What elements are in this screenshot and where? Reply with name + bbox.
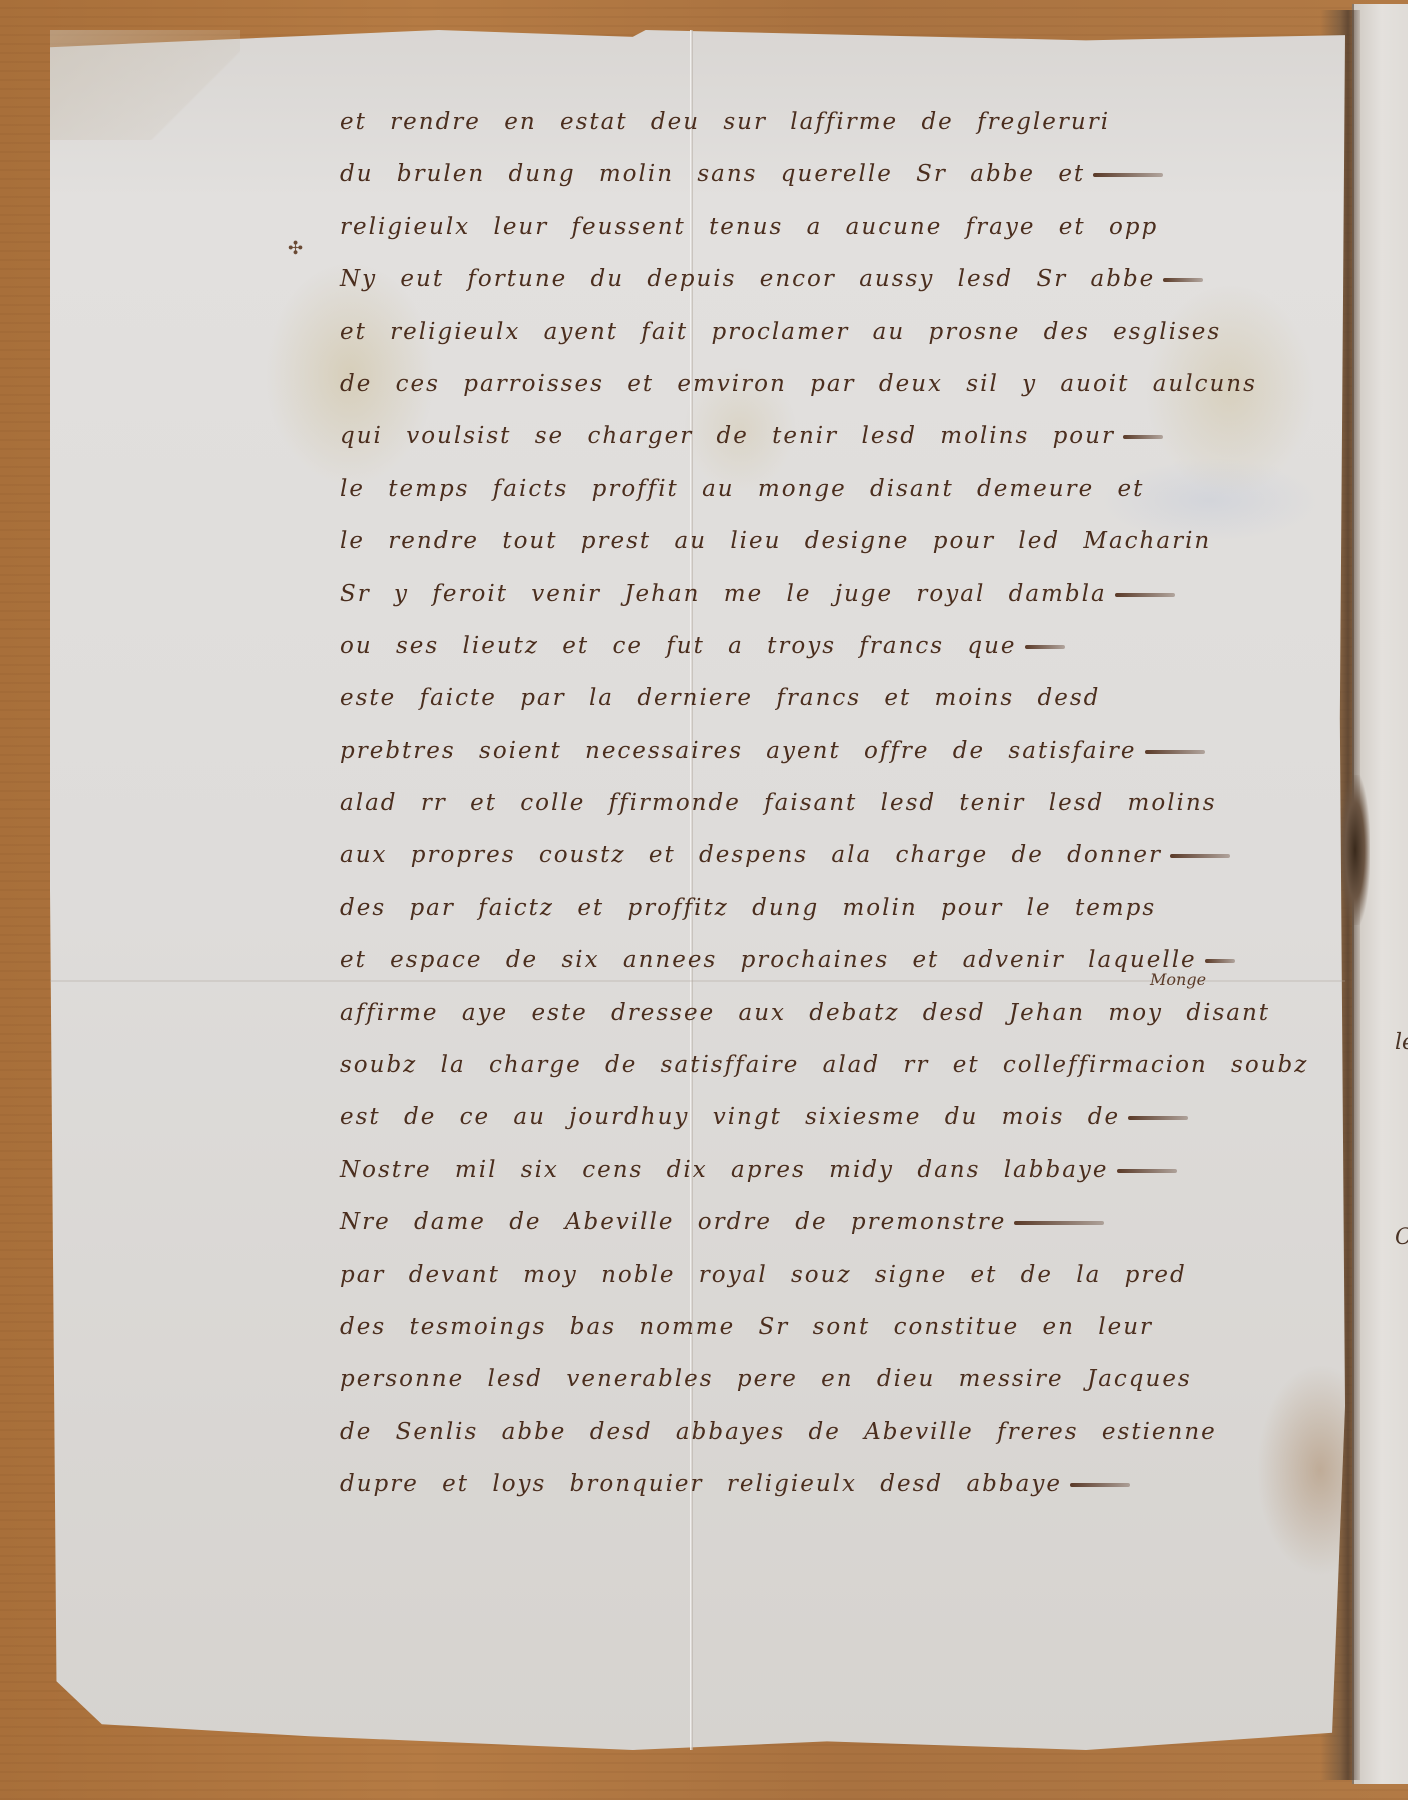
manuscript-line-text: des tesmoings bas nomme Sr sont constitu… <box>340 1314 1153 1340</box>
line-filler-stroke <box>1115 593 1175 597</box>
manuscript-line: et rendre en estat deu sur laffirme de f… <box>340 96 1340 148</box>
manuscript-line-text: et religieulx ayent fait proclamer au pr… <box>340 319 1221 345</box>
manuscript-line-text: est de ce au jourdhuy vingt sixiesme du … <box>340 1104 1120 1130</box>
manuscript-line: Nre dame de Abeville ordre de premonstre <box>340 1196 1340 1248</box>
manuscript-line-text: alad rr et colle ffirmonde faisant lesd … <box>340 790 1217 816</box>
line-filler-stroke <box>1170 854 1230 858</box>
manuscript-line: et espace de six annees prochaines et ad… <box>340 934 1340 986</box>
manuscript-line-text: le temps faicts proffit au monge disant … <box>340 476 1144 502</box>
manuscript-line: qui voulsist se charger de tenir lesd mo… <box>340 410 1340 462</box>
line-filler-stroke <box>1163 278 1203 282</box>
manuscript-line-text: le rendre tout prest au lieu designe pou… <box>340 528 1211 554</box>
manuscript-line-text: este faicte par la derniere francs et mo… <box>340 685 1100 711</box>
manuscript-line: le temps faicts proffit au monge disant … <box>340 463 1340 515</box>
binding-tear <box>1340 775 1370 925</box>
manuscript-line-text: affirme aye este dressee aux debatz desd… <box>340 1000 1270 1026</box>
line-filler-stroke <box>1070 1483 1130 1487</box>
folded-corner <box>50 30 240 140</box>
manuscript-line: le rendre tout prest au lieu designe pou… <box>340 515 1340 567</box>
manuscript-line: aux propres coustz et despens ala charge… <box>340 829 1340 881</box>
manuscript-line-text: qui voulsist se charger de tenir lesd mo… <box>340 423 1115 449</box>
manuscript-line-text: des par faictz et proffitz dung molin po… <box>340 895 1156 921</box>
margin-cross-mark-icon: ✣ <box>288 238 303 259</box>
manuscript-line-text: de ces parroisses et emviron par deux si… <box>340 371 1257 397</box>
manuscript-line: des tesmoings bas nomme Sr sont constitu… <box>340 1301 1340 1353</box>
line-filler-stroke <box>1128 1116 1188 1120</box>
adjacent-leaf-fragment: C <box>1395 1225 1408 1250</box>
manuscript-line: Sr y feroit venir Jehan me le juge royal… <box>340 568 1340 620</box>
manuscript-line-text: Nostre mil six cens dix apres midy dans … <box>340 1157 1109 1183</box>
manuscript-line: des par faictz et proffitz dung molin po… <box>340 882 1340 934</box>
manuscript-line: Ny eut fortune du depuis encor aussy les… <box>340 253 1340 305</box>
manuscript-line: dupre et loys bronquier religieulx desd … <box>340 1458 1340 1510</box>
adjacent-leaf-fragment: le <box>1395 1030 1408 1055</box>
manuscript-line: prebtres soient necessaires ayent offre … <box>340 725 1340 777</box>
line-filler-stroke <box>1093 173 1163 177</box>
manuscript-line-text: Nre dame de Abeville ordre de premonstre <box>340 1209 1006 1235</box>
manuscript-line-text: ou ses lieutz et ce fut a troys francs q… <box>340 633 1017 659</box>
manuscript-line: alad rr et colle ffirmonde faisant lesd … <box>340 777 1340 829</box>
manuscript-line: par devant moy noble royal souz signe et… <box>340 1249 1340 1301</box>
manuscript-line-text: Sr y feroit venir Jehan me le juge royal… <box>340 581 1107 607</box>
manuscript-line-text: soubz la charge de satisffaire alad rr e… <box>340 1052 1308 1078</box>
manuscript-line-text: religieulx leur feussent tenus a aucune … <box>340 214 1158 240</box>
manuscript-line: ou ses lieutz et ce fut a troys francs q… <box>340 620 1340 672</box>
manuscript-line: affirme aye este dressee aux debatz desd… <box>340 987 1340 1039</box>
manuscript-line: de Senlis abbe desd abbayes de Abeville … <box>340 1406 1340 1458</box>
manuscript-line-text: du brulen dung molin sans querelle Sr ab… <box>340 161 1085 187</box>
manuscript-line-text: Ny eut fortune du depuis encor aussy les… <box>340 266 1155 292</box>
manuscript-line-text: aux propres coustz et despens ala charge… <box>340 842 1162 868</box>
manuscript-line: este faicte par la derniere francs et mo… <box>340 672 1340 724</box>
manuscript-line: est de ce au jourdhuy vingt sixiesme du … <box>340 1091 1340 1143</box>
manuscript-line-text: de Senlis abbe desd abbayes de Abeville … <box>340 1419 1217 1445</box>
manuscript-line: de ces parroisses et emviron par deux si… <box>340 358 1340 410</box>
manuscript-line: du brulen dung molin sans querelle Sr ab… <box>340 148 1340 200</box>
manuscript-line: Nostre mil six cens dix apres midy dans … <box>340 1144 1340 1196</box>
manuscript-line-text: et espace de six annees prochaines et ad… <box>340 947 1197 973</box>
manuscript-line-text: par devant moy noble royal souz signe et… <box>340 1262 1187 1288</box>
manuscript-line-text: personne lesd venerables pere en dieu me… <box>340 1366 1192 1392</box>
manuscript-line: religieulx leur feussent tenus a aucune … <box>340 201 1340 253</box>
line-filler-stroke <box>1123 435 1163 439</box>
line-filler-stroke <box>1205 959 1235 963</box>
manuscript-line-text: et rendre en estat deu sur laffirme de f… <box>340 109 1110 135</box>
line-filler-stroke <box>1014 1221 1104 1225</box>
line-filler-stroke <box>1025 645 1065 649</box>
line-filler-stroke <box>1145 750 1205 754</box>
manuscript-line-text: dupre et loys bronquier religieulx desd … <box>340 1471 1062 1497</box>
manuscript-text-block: et rendre en estat deu sur laffirme de f… <box>340 96 1340 1511</box>
manuscript-line-text: prebtres soient necessaires ayent offre … <box>340 738 1137 764</box>
manuscript-line: et religieulx ayent fait proclamer au pr… <box>340 306 1340 358</box>
line-filler-stroke <box>1117 1169 1177 1173</box>
manuscript-line: personne lesd venerables pere en dieu me… <box>340 1353 1340 1405</box>
manuscript-line: soubz la charge de satisffaire alad rr e… <box>340 1039 1340 1091</box>
